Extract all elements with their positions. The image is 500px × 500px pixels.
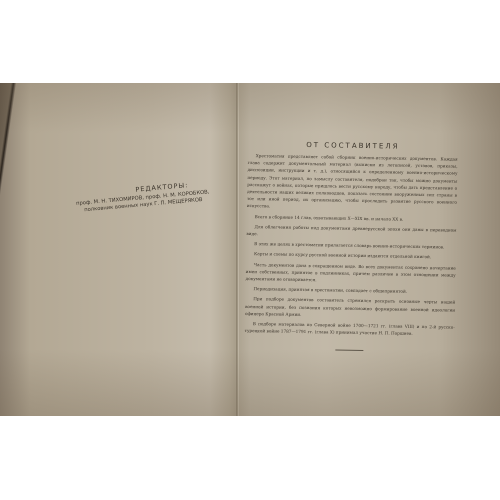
book-photo: РЕДАКТОРЫ: проф. М. Н. ТИХОМИРОВ, проф. … [0,83,500,416]
lighting-shade [0,83,500,416]
